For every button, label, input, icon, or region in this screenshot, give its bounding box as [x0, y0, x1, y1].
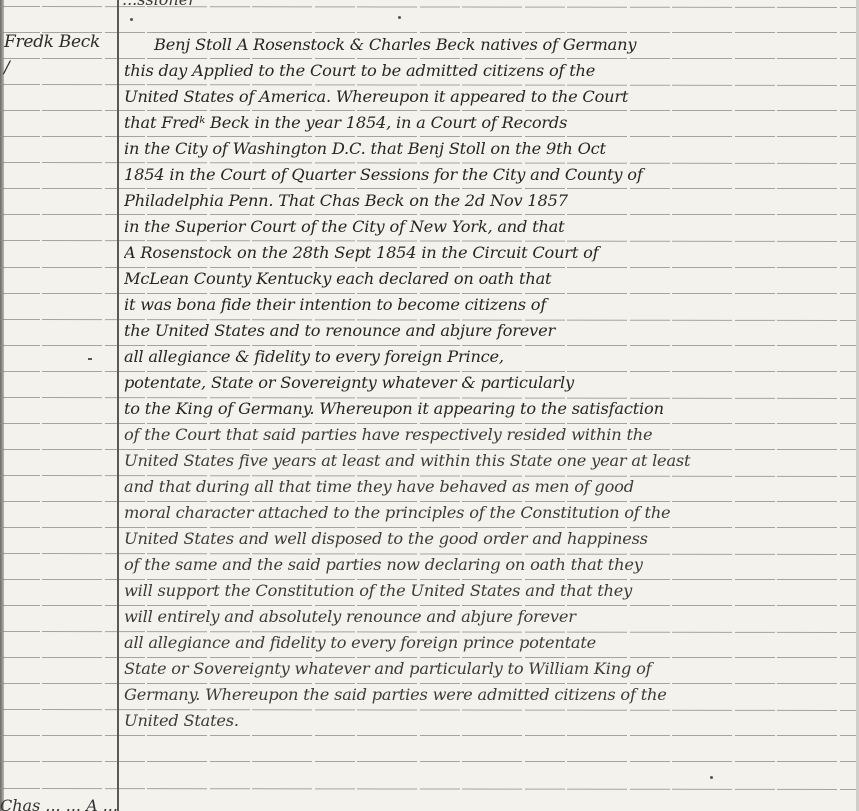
- entry-line: moral character attached to the principl…: [124, 500, 854, 526]
- entry-line: Benj Stoll A Rosenstock & Charles Beck n…: [124, 32, 854, 58]
- entry-line: and that during all that time they have …: [124, 474, 854, 500]
- entry-line: all allegiance & fidelity to every forei…: [124, 344, 854, 370]
- entry-line: A Rosenstock on the 28th Sept 1854 in th…: [124, 240, 854, 266]
- entry-line: Germany. Whereupon the said parties were…: [124, 682, 854, 708]
- entry-line: the United States and to renounce and ab…: [124, 318, 854, 344]
- ink-speck: [88, 358, 92, 360]
- margin-rule: [117, 0, 119, 811]
- margin-name: Fredk Beck: [4, 32, 100, 52]
- naturalization-entry: Benj Stoll A Rosenstock & Charles Beck n…: [124, 32, 854, 734]
- ink-speck: [710, 776, 713, 779]
- ledger-page: ...ssioner Fredk Beck / Benj Stoll A Ros…: [0, 0, 859, 811]
- entry-line: will support the Constitution of the Uni…: [124, 578, 854, 604]
- entry-line: McLean County Kentucky each declared on …: [124, 266, 854, 292]
- entry-line: State or Sovereignty whatever and partic…: [124, 656, 854, 682]
- margin-mark: /: [4, 58, 10, 78]
- entry-line: all allegiance and fidelity to every for…: [124, 630, 854, 656]
- entry-line: to the King of Germany. Whereupon it app…: [124, 396, 854, 422]
- next-entry-remnant: Chas ... ... A ...: [0, 796, 859, 811]
- entry-line: that Fredᵏ Beck in the year 1854, in a C…: [124, 110, 854, 136]
- entry-line: it was bona fide their intention to beco…: [124, 292, 854, 318]
- entry-line: United States of America. Whereupon it a…: [124, 84, 854, 110]
- entry-line: of the same and the said parties now dec…: [124, 552, 854, 578]
- ink-speck: [398, 16, 401, 19]
- entry-line: in the Superior Court of the City of New…: [124, 214, 854, 240]
- entry-line: will entirely and absolutely renounce an…: [124, 604, 854, 630]
- entry-line: 1854 in the Court of Quarter Sessions fo…: [124, 162, 854, 188]
- entry-line: United States.: [124, 708, 854, 734]
- entry-line: United States and well disposed to the g…: [124, 526, 854, 552]
- entry-line: Philadelphia Penn. That Chas Beck on the…: [124, 188, 854, 214]
- previous-entry-remnant: ...ssioner: [122, 0, 196, 9]
- ink-speck: [130, 18, 133, 21]
- entry-line: potentate, State or Sovereignty whatever…: [124, 370, 854, 396]
- entry-line: in the City of Washington D.C. that Benj…: [124, 136, 854, 162]
- entry-line: United States five years at least and wi…: [124, 448, 854, 474]
- entry-line: of the Court that said parties have resp…: [124, 422, 854, 448]
- entry-line: this day Applied to the Court to be admi…: [124, 58, 854, 84]
